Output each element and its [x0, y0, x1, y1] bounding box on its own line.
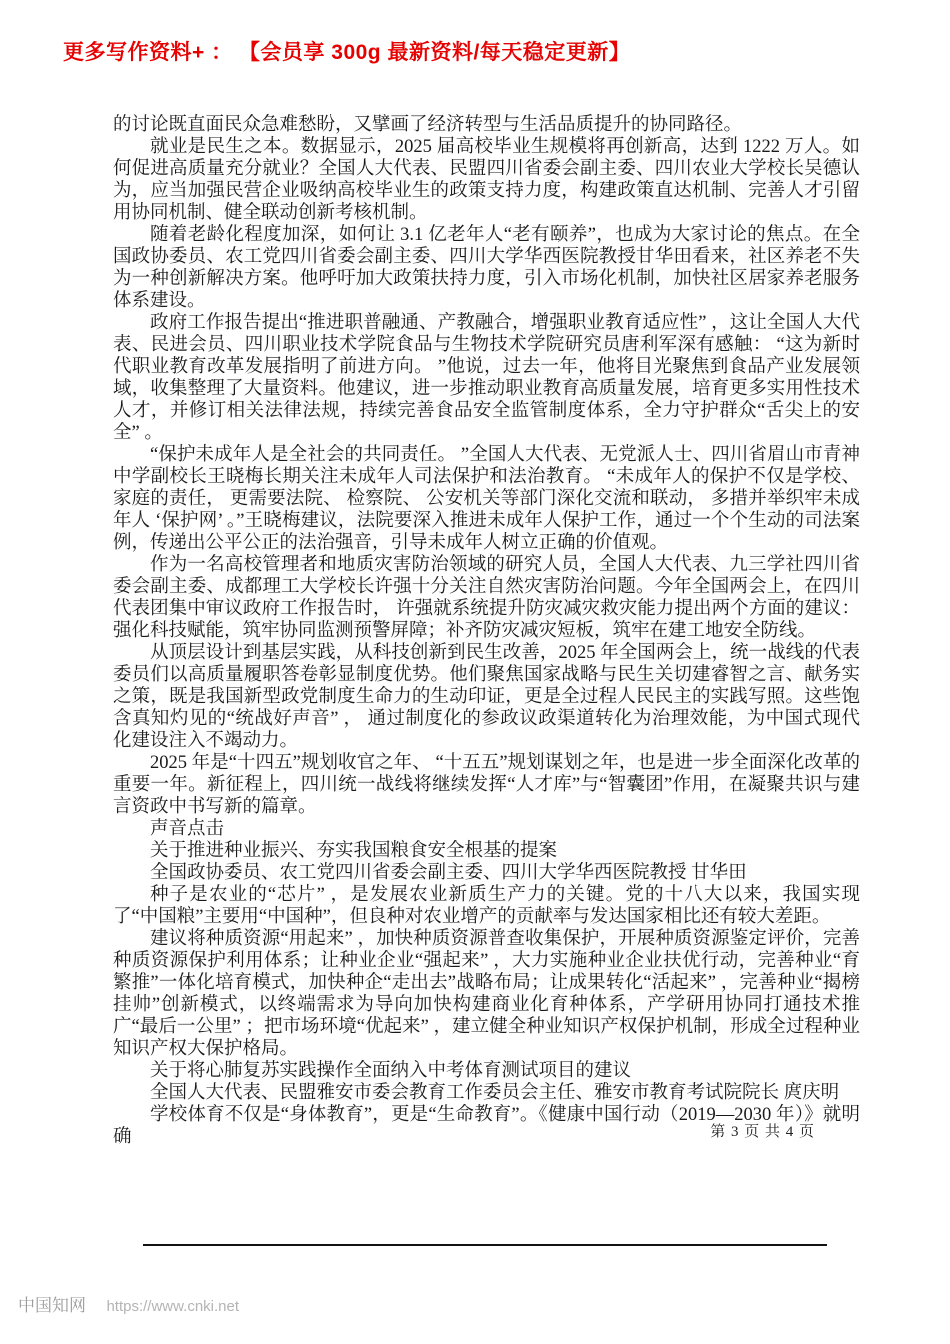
paragraph: 就业是民生之本。数据显示，2025 届高校毕业生规模将再创新高，达到 1222 … [113, 136, 860, 224]
promo-header-text: 更多写作资料+ ： 【会员享 300g 最新资料/每天稳定更新】 [63, 36, 630, 66]
cnki-watermark: 中国知网 https://www.cnki.net [18, 1291, 239, 1316]
paragraph: 关于将心肺复苏实践操作全面纳入中考体育测试项目的建议 [113, 1060, 860, 1082]
paragraph: 声音点击 [113, 818, 860, 840]
paragraph: 从顶层设计到基层实践，从科技创新到民生改善，2025 年全国两会上，统一战线的代… [113, 642, 860, 752]
paragraph: “保护未成年人是全社会的共同责任。 ”全国人大代表、无党派人士、四川省眉山市青神… [113, 444, 860, 554]
paragraph: 政府工作报告提出“推进职普融通、产教融合，增强职业教育适应性” ，这让全国人大代… [113, 312, 860, 444]
paragraph: 的讨论既直面民众急难愁盼，又擘画了经济转型与生活品质提升的协同路径。 [113, 114, 860, 136]
cnki-url: https://www.cnki.net [106, 1298, 239, 1315]
paragraph: 随着老龄化程度加深，如何让 3.1 亿老年人“老有颐养”，也成为大家讨论的焦点。… [113, 224, 860, 312]
paragraph: 关于推进种业振兴、夯实我国粮食安全根基的提案 [113, 840, 860, 862]
page-number: 第 3 页 共 4 页 [113, 1120, 815, 1141]
footer-divider [143, 1244, 827, 1246]
paragraph: 作为一名高校管理者和地质灾害防治领域的研究人员，全国人大代表、九三学社四川省委会… [113, 554, 860, 642]
paragraph: 建议将种质资源“用起来” ，加快种质资源普查收集保护，开展种质资源鉴定评价，完善… [113, 928, 860, 1060]
paragraph: 2025 年是“十四五”规划收官之年、 “十五五”规划谋划之年，也是进一步全面深… [113, 752, 860, 818]
paragraph: 种子是农业的“芯片” ，是发展农业新质生产力的关键。党的十八大以来，我国实现了“… [113, 884, 860, 928]
paragraph: 全国政协委员、农工党四川省委会副主委、四川大学华西医院教授 甘华田 [113, 862, 860, 884]
paragraph: 全国人大代表、民盟雅安市委会教育工作委员会主任、雅安市教育考试院院长 庹庆明 [113, 1082, 860, 1104]
document-page: 更多写作资料+ ： 【会员享 300g 最新资料/每天稳定更新】 的讨论既直面民… [0, 0, 950, 1344]
cnki-logo-text: 中国知网 [18, 1296, 86, 1315]
document-body: 的讨论既直面民众急难愁盼，又擘画了经济转型与生活品质提升的协同路径。就业是民生之… [113, 114, 860, 1148]
